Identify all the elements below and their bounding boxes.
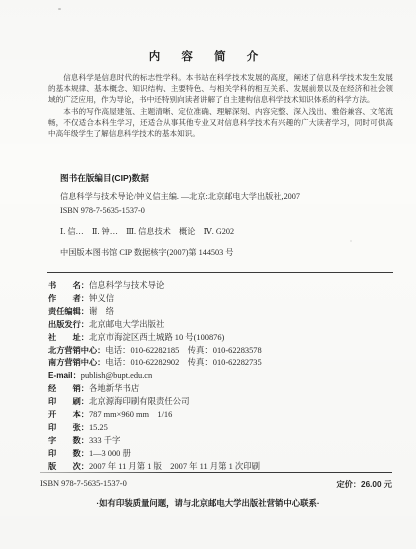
colophon-value: 电话：010-62282185 传真：010-62283578 [105, 346, 261, 355]
colophon-row-editor: 责任编辑：谢 络 [48, 306, 393, 319]
colophon-row-address: 社 址：北京市海淀区西土城路 10 号(100876) [48, 332, 393, 345]
colophon-value: 信息科学与技术导论 [89, 281, 164, 290]
colophon-label: 印 刷： [48, 397, 89, 406]
colophon-label: 出版发行： [48, 320, 89, 329]
colophon-label: 作 者： [48, 294, 89, 303]
colophon-row-printer: 印 刷：北京源海印刷有限责任公司 [48, 396, 393, 409]
colophon-label: 南方营销中心： [48, 358, 105, 367]
colophon-value: 北京源海印刷有限责任公司 [89, 397, 190, 406]
isbn-price-line: ISBN 978-7-5635-1537-0 定价：26.00 元 [40, 479, 392, 491]
colophon-value: 北京市海淀区西土城路 10 号(100876) [89, 333, 224, 342]
colophon-label: 书 名： [48, 281, 89, 290]
colophon-row-print-run: 印 数：1—3 000 册 [48, 448, 393, 461]
colophon-value: 2007 年 11 月第 1 版 2007 年 11 月第 1 次印刷 [89, 462, 260, 471]
colophon-row-north-sales: 北方营销中心：电话：010-62282185 传真：010-62283578 [48, 345, 393, 358]
colophon-value: 787 mm×960 mm 1/16 [89, 410, 172, 419]
colophon-value: publish@bupt.edu.cn [81, 371, 152, 380]
colophon-label: 印 张： [48, 423, 89, 432]
colophon-row-format: 开 本：787 mm×960 mm 1/16 [48, 409, 393, 422]
colophon-label: 字 数： [48, 436, 89, 445]
colophon-row-distribution: 经 销：各地新华书店 [48, 383, 393, 396]
colophon-value: 钟义信 [89, 294, 114, 303]
colophon-value: 谢 络 [89, 307, 114, 316]
colophon-row-email: E-mail：publish@bupt.edu.cn [48, 370, 393, 383]
colophon-row-word-count: 字 数：333 千字 [48, 435, 393, 448]
colophon-row-author: 作 者：钟义信 [48, 293, 393, 306]
colophon-label: 责任编辑： [48, 307, 89, 316]
cip-block: 图书在版编目(CIP)数据 信息科学与技术导论/钟义信主编. —北京:北京邮电大… [60, 172, 390, 259]
colophon-row-sheets: 印 张：15.25 [48, 422, 393, 435]
summary-paragraphs: 信息科学是信息时代的标志性学科。本书站在科学技术发展的高度，阐述了信息科学技术发… [48, 72, 393, 139]
colophon-label: 社 址： [48, 333, 89, 342]
colophon-label: 印 数： [48, 449, 89, 458]
colophon-label: 版 次： [48, 462, 89, 471]
colophon-value: 15.25 [89, 423, 108, 432]
divider-rule-top [47, 272, 393, 273]
colophon-value: 333 千字 [89, 436, 120, 445]
colophon-value: 各地新华书店 [89, 384, 139, 393]
cip-isbn: ISBN 978-7-5635-1537-0 [60, 205, 390, 217]
colophon-label: 经 销： [48, 384, 89, 393]
cip-header: 图书在版编目(CIP)数据 [60, 172, 390, 184]
colophon-value: 电话：010-62282902 传真：010-62282735 [105, 358, 261, 367]
colophon-label: E-mail： [48, 371, 81, 380]
cip-record-number: 中国版本图书馆 CIP 数据核字(2007)第 144503 号 [60, 247, 390, 259]
colophon-label: 北方营销中心： [48, 346, 105, 355]
colophon-row-book-title: 书 名：信息科学与技术导论 [48, 280, 393, 293]
colophon-row-south-sales: 南方营销中心：电话：010-62282902 传真：010-62282735 [48, 357, 393, 370]
cip-entry: 信息科学与技术导论/钟义信主编. —北京:北京邮电大学出版社,2007 [60, 191, 390, 203]
colophon-value: 1—3 000 册 [89, 449, 131, 458]
summary-paragraph: 本书的写作高屋建瓴、主题清晰、定位准确、理解深刻、内容完整、深入浅出、雅俗兼容、… [48, 106, 393, 140]
colophon-block: 书 名：信息科学与技术导论 作 者：钟义信 责任编辑：谢 络 出版发行：北京邮电… [48, 280, 393, 474]
divider-rule-bottom [40, 472, 392, 473]
colophon-label: 开 本： [48, 410, 89, 419]
colophon-row-publisher: 出版发行：北京邮电大学出版社 [48, 319, 393, 332]
price-value: 定价：26.00 元 [336, 479, 392, 490]
copyright-page: 内 容 简 介 信息科学是信息时代的标志性学科。本书站在科学技术发展的高度，阐述… [0, 0, 416, 549]
colophon-value: 北京邮电大学出版社 [89, 320, 164, 329]
quality-notice: ·如有印装质量问题，请与北京邮电大学出版社营销中心联系· [0, 497, 416, 509]
summary-paragraph: 信息科学是信息时代的标志性学科。本书站在科学技术发展的高度，阐述了信息科学技术发… [48, 72, 393, 106]
scan-speck [58, 8, 61, 10]
cip-classification: Ⅰ. 信… Ⅱ. 钟… Ⅲ. 信息技术 概论 Ⅳ. G202 [60, 226, 390, 238]
summary-title: 内 容 简 介 [0, 48, 416, 64]
footer-isbn: ISBN 978-7-5635-1537-0 [40, 479, 127, 488]
